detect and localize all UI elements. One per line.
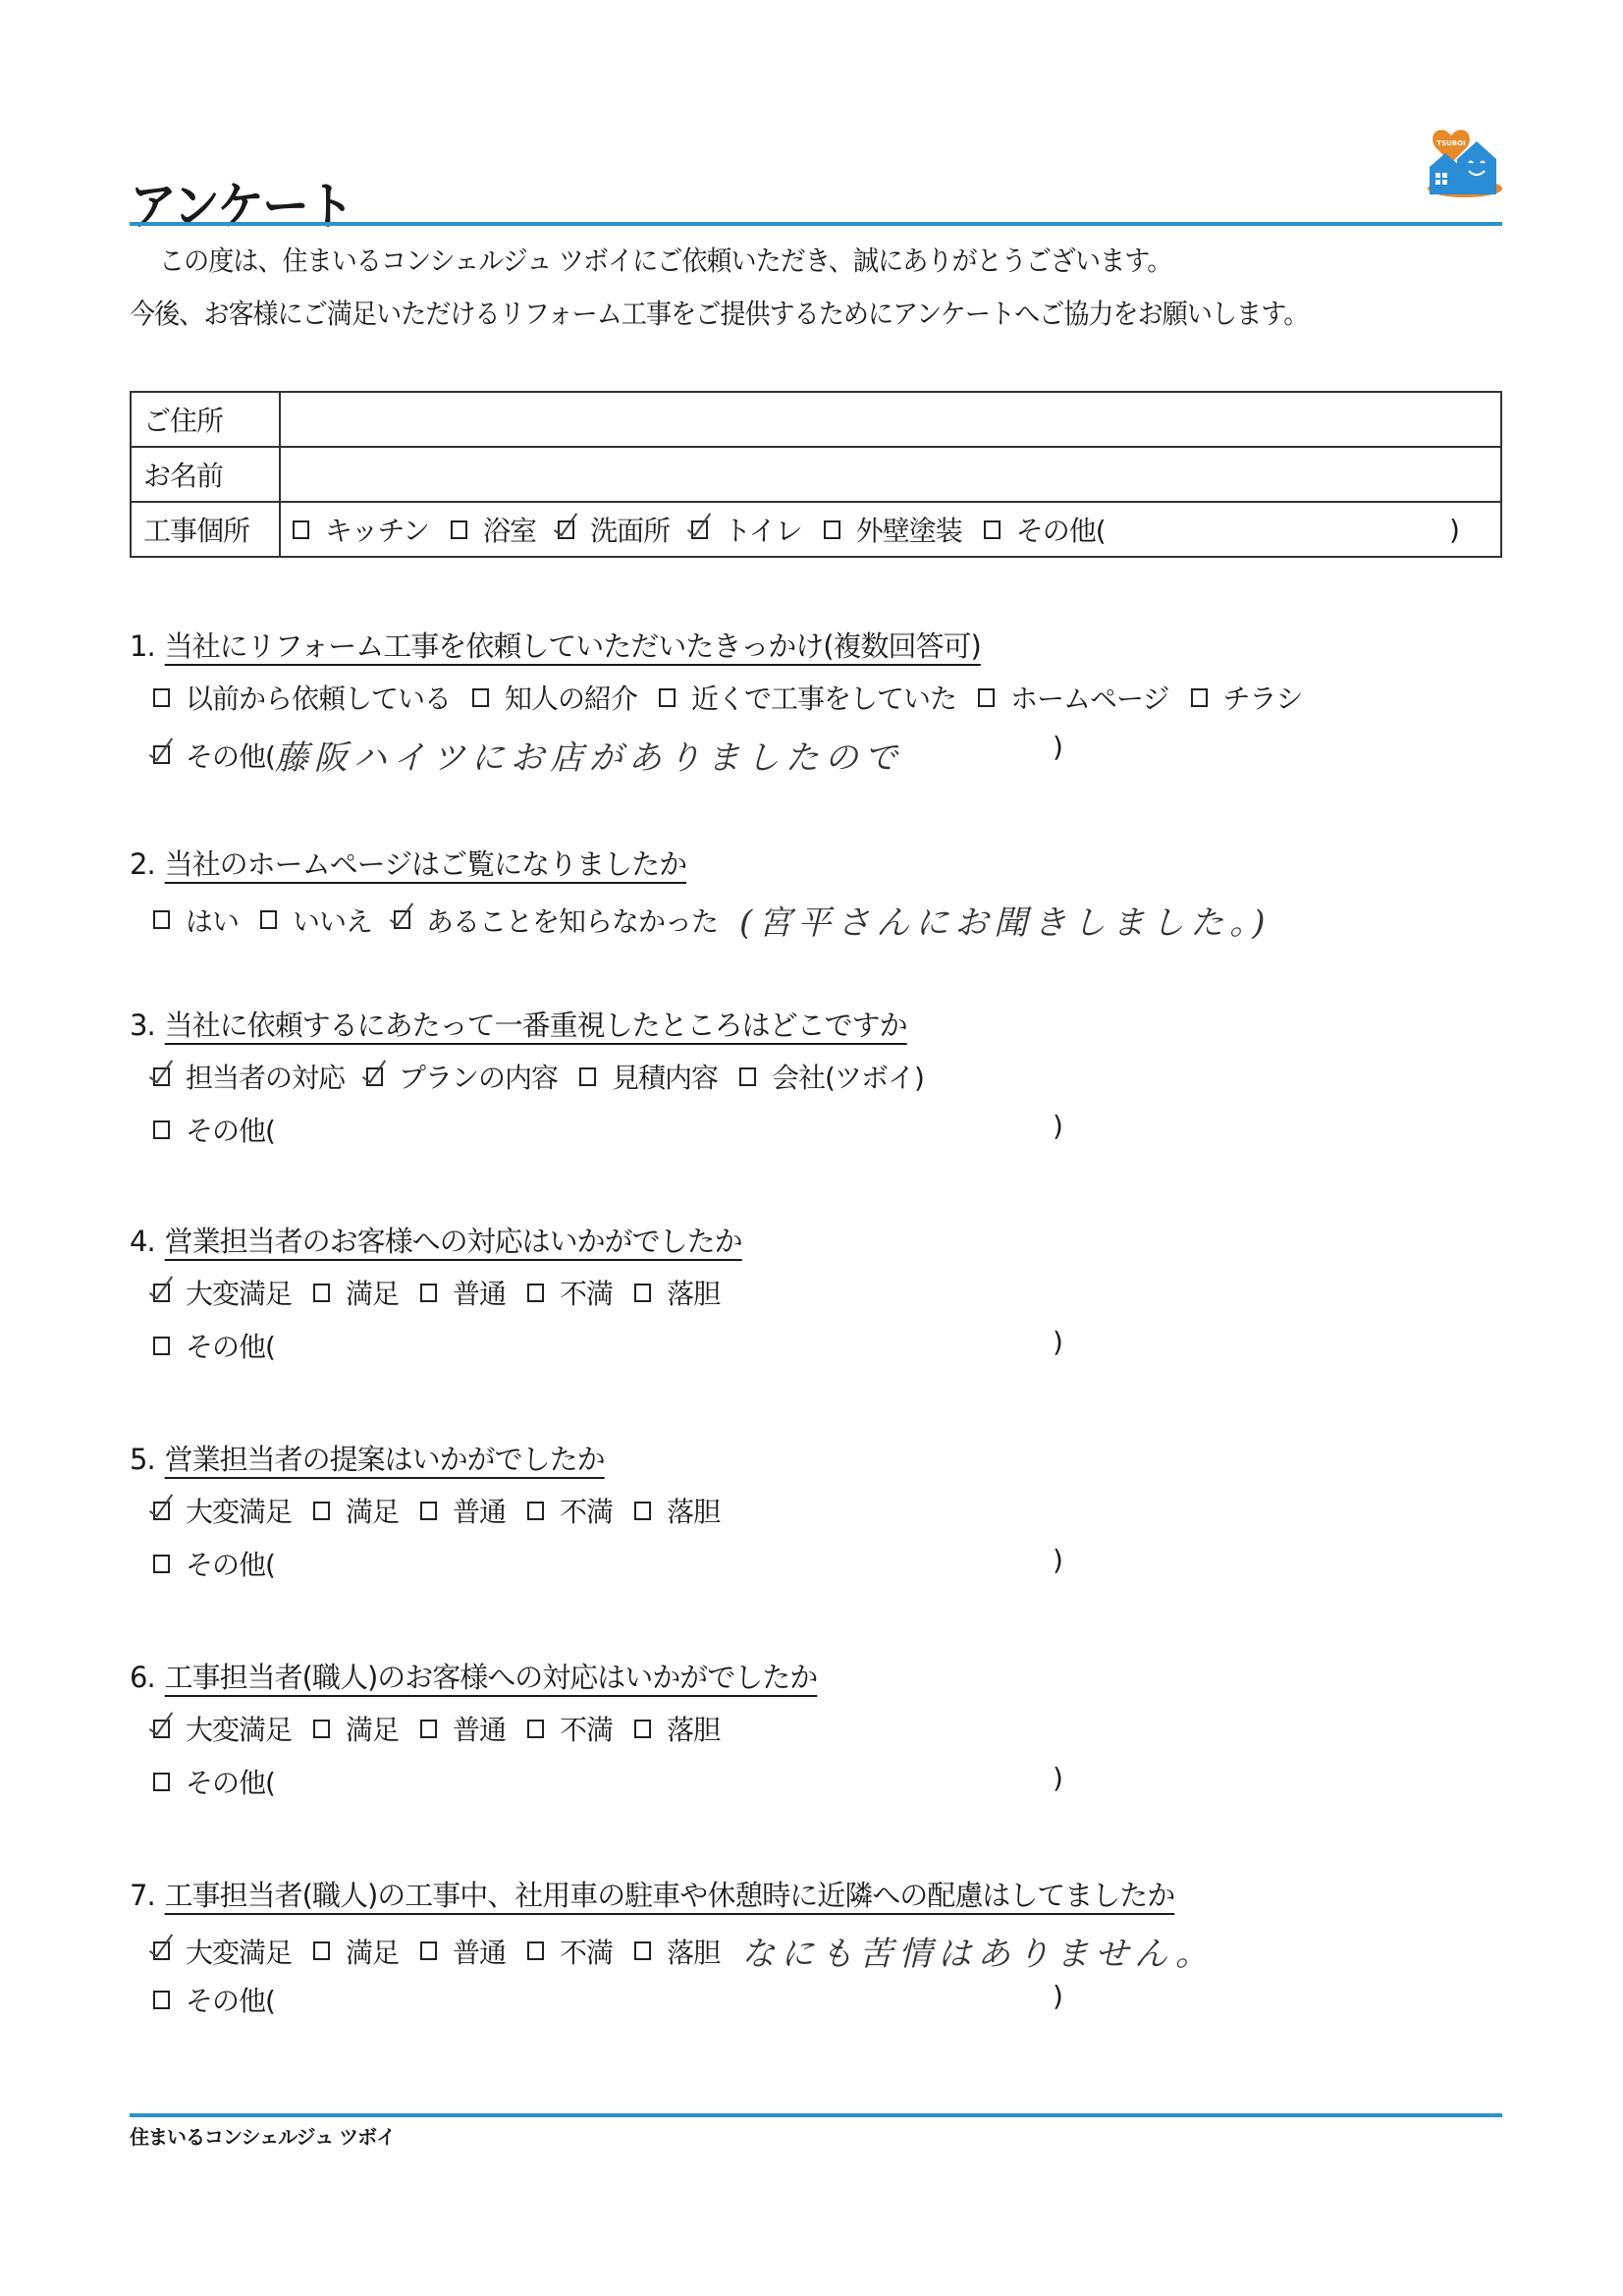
option-washroom[interactable]: 洗面所 (558, 510, 670, 549)
q7-option-disappointed[interactable]: 落胆 (634, 1932, 720, 1971)
q3-option-plan[interactable]: プランの内容 (366, 1057, 558, 1096)
q5-option-very-satisfied[interactable]: 大変満足 (153, 1491, 292, 1530)
question-5: 5.営業担当者の提案はいかがでしたか (130, 1438, 605, 1478)
checkbox-icon[interactable] (153, 1555, 170, 1573)
footer-divider (130, 2113, 1502, 2117)
q4-option-disappointed[interactable]: 落胆 (634, 1273, 720, 1312)
intro-line-2: 今後、お客様にご満足いただけるリフォーム工事をご提供するためにアンケートへご協力… (130, 293, 1308, 332)
checkbox-icon[interactable] (634, 1941, 651, 1960)
q5-other[interactable]: その他( (153, 1544, 297, 1583)
checkbox-icon[interactable] (579, 1067, 596, 1086)
checkbox-icon[interactable] (451, 520, 467, 539)
checkbox-icon[interactable] (527, 1284, 544, 1302)
checkbox-icon[interactable] (420, 1720, 437, 1738)
checkbox-icon[interactable] (659, 688, 676, 707)
checkbox-checked-icon[interactable] (366, 1067, 383, 1086)
checkbox-icon[interactable] (153, 1991, 170, 2009)
q4-option-normal[interactable]: 普通 (420, 1273, 506, 1312)
checkbox-checked-icon[interactable] (691, 520, 708, 539)
q7-option-normal[interactable]: 普通 (420, 1932, 506, 1971)
q6-options: 大変満足 満足 普通 不満 落胆 (153, 1709, 741, 1748)
checkbox-checked-icon[interactable] (153, 1067, 170, 1086)
checkbox-icon[interactable] (313, 1502, 330, 1520)
name-label: お名前 (131, 447, 280, 502)
checkbox-checked-icon[interactable] (558, 520, 574, 539)
option-exterior-paint[interactable]: 外壁塗装 (824, 510, 962, 549)
svg-text:TSUBOI: TSUBOI (1436, 139, 1465, 147)
checkbox-checked-icon[interactable] (153, 1720, 170, 1738)
checkbox-icon[interactable] (634, 1502, 651, 1520)
q1-option-referral[interactable]: 知人の紹介 (472, 678, 637, 717)
checkbox-icon[interactable] (153, 1773, 170, 1791)
q1-options: 以前から依頼している 知人の紹介 近くで工事をしていた ホームページ チラシ (153, 678, 1325, 717)
checkbox-icon[interactable] (527, 1941, 544, 1960)
checkbox-icon[interactable] (420, 1284, 437, 1302)
checkbox-icon[interactable] (153, 910, 170, 929)
checkbox-icon[interactable] (634, 1284, 651, 1302)
q1-option-flyer[interactable]: チラシ (1191, 678, 1303, 717)
checkbox-icon[interactable] (153, 1121, 170, 1139)
checkbox-icon[interactable] (153, 688, 170, 707)
footer-company-name: 住まいるコンシェルジュ ツボイ (130, 2121, 395, 2150)
q7-option-very-satisfied[interactable]: 大変満足 (153, 1932, 292, 1971)
q7-other[interactable]: その他( (153, 1980, 297, 2019)
q5-options: 大変満足 満足 普通 不満 落胆 (153, 1491, 741, 1530)
question-1: 1.当社にリフォーム工事を依頼していただいたきっかけ(複数回答可) (130, 625, 981, 665)
q3-option-company[interactable]: 会社(ツボイ) (739, 1057, 924, 1096)
q6-option-very-satisfied[interactable]: 大変満足 (153, 1709, 292, 1748)
checkbox-icon[interactable] (293, 520, 309, 539)
q1-option-homepage[interactable]: ホームページ (978, 678, 1168, 717)
q2-option-yes[interactable]: はい (153, 901, 239, 940)
q4-option-dissatisfied[interactable]: 不満 (527, 1273, 613, 1312)
option-bathroom[interactable]: 浴室 (451, 510, 536, 549)
q4-option-satisfied[interactable]: 満足 (313, 1273, 399, 1312)
q5-option-disappointed[interactable]: 落胆 (634, 1491, 720, 1530)
header-divider (130, 222, 1502, 226)
address-label: ご住所 (131, 392, 280, 447)
question-7: 7.工事担当者(職人)の工事中、社用車の駐車や休憩時に近隣への配慮はしてましたか (130, 1874, 1174, 1914)
checkbox-icon[interactable] (1191, 688, 1208, 707)
address-field[interactable] (280, 392, 1501, 447)
checkbox-icon[interactable] (313, 1941, 330, 1960)
q6-option-dissatisfied[interactable]: 不満 (527, 1709, 613, 1748)
q1-other[interactable]: その他( 藤阪ハイツにお店がありましたので (153, 731, 903, 779)
question-4: 4.営業担当者のお客様への対応はいかがでしたか (130, 1220, 742, 1260)
checkbox-icon[interactable] (527, 1502, 544, 1520)
checkbox-icon[interactable] (313, 1720, 330, 1738)
q1-option-nearby[interactable]: 近くで工事をしていた (659, 678, 956, 717)
checkbox-icon[interactable] (634, 1720, 651, 1738)
customer-info-table: ご住所 お名前 工事個所 キッチン 浴室 洗面所 トイレ 外壁塗装 その他( ) (130, 391, 1502, 558)
checkbox-checked-icon[interactable] (153, 1941, 170, 1960)
q4-option-very-satisfied[interactable]: 大変満足 (153, 1273, 292, 1312)
q7-options: 大変満足 満足 普通 不満 落胆 なにも苦情はありません。 (153, 1927, 1215, 1975)
checkbox-checked-icon[interactable] (153, 1502, 170, 1520)
checkbox-icon[interactable] (984, 520, 1001, 539)
option-other[interactable]: その他( (984, 510, 1106, 549)
checkbox-icon[interactable] (472, 688, 489, 707)
q3-other[interactable]: その他( (153, 1110, 297, 1149)
q3-option-estimate[interactable]: 見積内容 (579, 1057, 718, 1096)
tsuboi-logo-icon: TSUBOI (1422, 128, 1504, 200)
checkbox-icon[interactable] (313, 1284, 330, 1302)
q2-option-unaware[interactable]: あることを知らなかった (394, 901, 718, 940)
option-toilet[interactable]: トイレ (691, 510, 802, 549)
q4-other[interactable]: その他( (153, 1326, 297, 1365)
name-field[interactable] (280, 447, 1501, 502)
q1-option-previous[interactable]: 以前から依頼している (153, 678, 451, 717)
close-paren: ) (1449, 514, 1459, 546)
q3-option-staff[interactable]: 担当者の対応 (153, 1057, 345, 1096)
q6-other[interactable]: その他( (153, 1762, 297, 1801)
work-location-options: キッチン 浴室 洗面所 トイレ 外壁塗装 その他( ) (280, 502, 1501, 557)
checkbox-icon[interactable] (260, 910, 277, 929)
checkbox-icon[interactable] (527, 1720, 544, 1738)
q2-option-no[interactable]: いいえ (260, 901, 372, 940)
option-kitchen[interactable]: キッチン (293, 510, 429, 549)
checkbox-icon[interactable] (739, 1067, 756, 1086)
q7-handwritten-note: なにも苦情はありません。 (741, 1927, 1215, 1975)
q5-option-satisfied[interactable]: 満足 (313, 1491, 399, 1530)
question-6: 6.工事担当者(職人)のお客様への対応はいかがでしたか (130, 1656, 817, 1696)
checkbox-icon[interactable] (824, 520, 840, 539)
question-2: 2.当社のホームページはご覧になりましたか (130, 843, 686, 883)
checkbox-checked-icon[interactable] (394, 910, 410, 929)
intro-line-1: この度は、住まいるコンシェルジュ ツボイにご依頼いただき、誠にありがとうございま… (159, 240, 1171, 279)
checkbox-checked-icon[interactable] (153, 1284, 170, 1302)
checkbox-icon[interactable] (420, 1502, 437, 1520)
q3-options: 担当者の対応 プランの内容 見積内容 会社(ツボイ) (153, 1057, 946, 1096)
page-title: アンケート (130, 165, 352, 239)
q6-option-disappointed[interactable]: 落胆 (634, 1709, 720, 1748)
question-3: 3.当社に依頼するにあたって一番重視したところはどこですか (130, 1004, 907, 1044)
checkbox-icon[interactable] (153, 1337, 170, 1355)
q4-options: 大変満足 満足 普通 不満 落胆 (153, 1273, 741, 1312)
q5-option-normal[interactable]: 普通 (420, 1491, 506, 1530)
q7-option-satisfied[interactable]: 満足 (313, 1932, 399, 1971)
work-location-label: 工事個所 (131, 502, 280, 557)
checkbox-checked-icon[interactable] (153, 745, 170, 764)
checkbox-icon[interactable] (420, 1941, 437, 1960)
q6-option-satisfied[interactable]: 満足 (313, 1709, 399, 1748)
q7-option-dissatisfied[interactable]: 不満 (527, 1932, 613, 1971)
q2-options: はい いいえ あることを知らなかった (宮平さんにお聞きしました。) (153, 896, 1271, 944)
q6-option-normal[interactable]: 普通 (420, 1709, 506, 1748)
q5-option-dissatisfied[interactable]: 不満 (527, 1491, 613, 1530)
checkbox-icon[interactable] (978, 688, 995, 707)
q2-handwritten-note: (宮平さんにお聞きしました。) (739, 896, 1271, 944)
q1-handwritten-answer: 藤阪ハイツにお店がありましたので (275, 731, 903, 779)
